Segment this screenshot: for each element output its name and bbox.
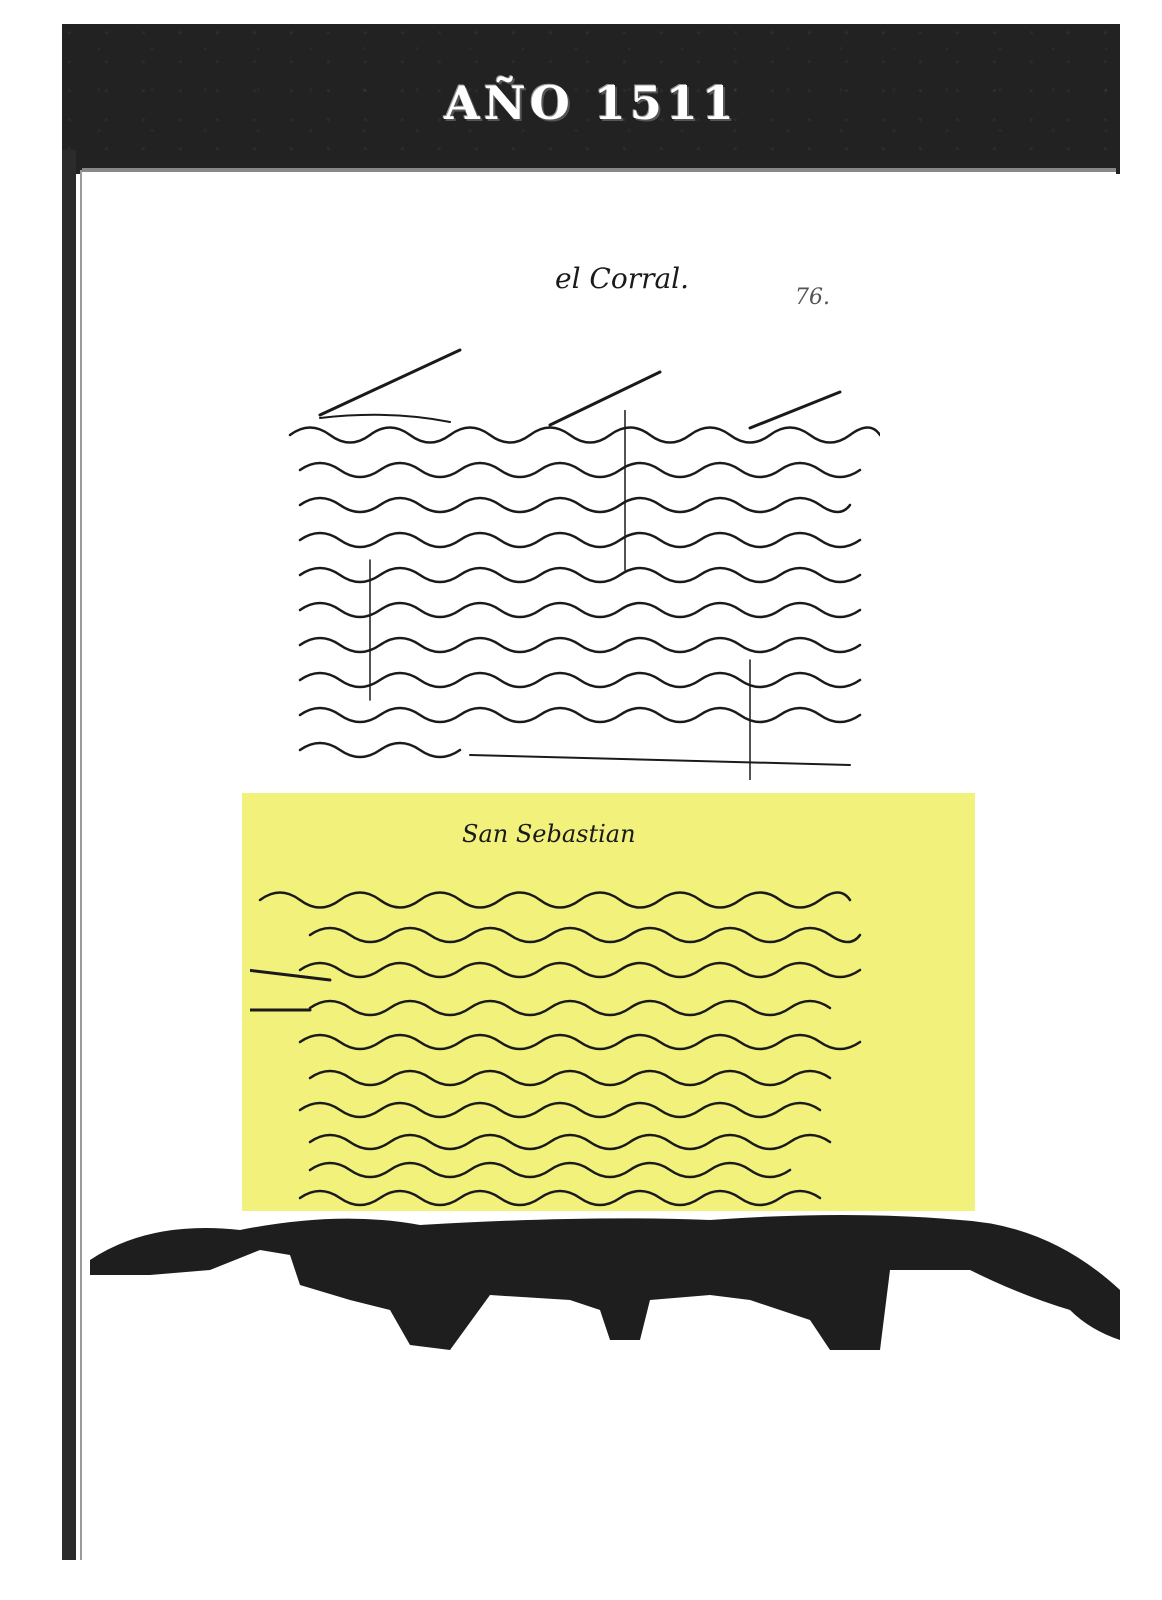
header-band: AÑO 1511	[62, 24, 1120, 174]
entry-heading-san-sebastian: San Sebastian	[462, 820, 636, 848]
entry-heading-corral: el Corral.	[555, 262, 689, 295]
torn-damaged-edge	[90, 1200, 1120, 1370]
folio-number: 76.	[795, 285, 830, 310]
handwriting-lines	[280, 410, 880, 780]
page-binding-edge	[62, 150, 76, 1560]
handwriting-lines	[250, 870, 970, 1220]
header-title: AÑO 1511	[62, 76, 1120, 130]
